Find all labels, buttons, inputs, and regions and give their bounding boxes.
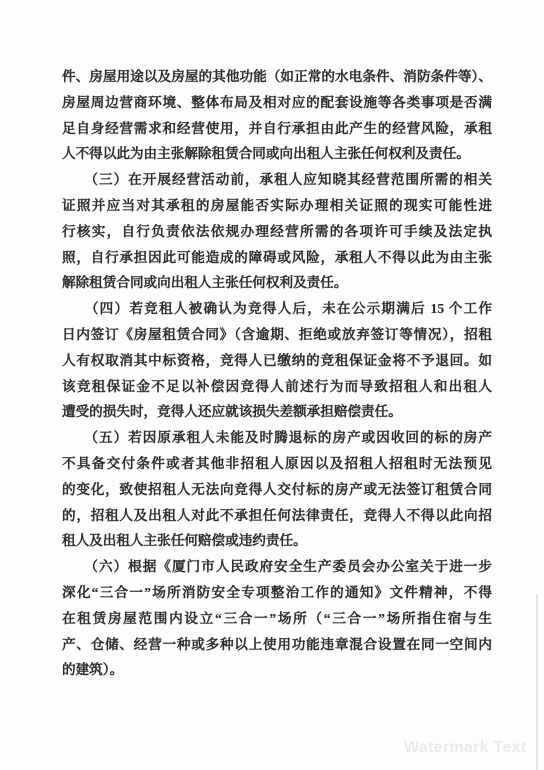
text-line: 租人及出租人主张任何赔偿或违约责任。 [62, 528, 492, 554]
text-line: 深化“三合一”场所消防安全专项整治工作的通知》文件精神，不得 [62, 580, 492, 606]
text-line: 的变化，致使招租人无法向竞得人交付标的房产或无法签订租赁合同 [62, 477, 492, 503]
text-line: 的，招租人及出租人对此不承担任何法律责任，竞得人不得以此向招 [62, 503, 492, 529]
text-line: （五）若因原承租人未能及时腾退标的房产或因收回的标的房产 [62, 425, 492, 451]
page-edge-line [536, 594, 538, 770]
text-line: 产、仓储、经营一种或多种以上使用功能违章混合设置在同一空间内 [62, 632, 492, 658]
text-line: 足自身经营需求和经营使用，并自行承担由此产生的经营风险，承租 [62, 116, 492, 142]
text-line: 该竞租保证金不足以补偿因竞得人前述行为而导致招租人和出租人 [62, 374, 492, 400]
text-line: （四）若竞租人被确认为竞得人后，未在公示期满后 15 个工作 [62, 296, 492, 322]
text-line: （六）根据《厦门市人民政府安全生产委员会办公室关于进一步 [62, 554, 492, 580]
text-line: （三）在开展经营活动前，承租人应知晓其经营范围所需的相关 [62, 167, 492, 193]
text-line: 日内签订《房屋租赁合同》（含逾期、拒绝或放弃签订等情况），招租 [62, 322, 492, 348]
text-line: 照，自行承担因此可能造成的障碍或风险，承租人不得以此为由主张 [62, 245, 492, 271]
text-line: 在租赁房屋范围内设立“三合一”场所（“三合一”场所指住宿与生 [62, 606, 492, 632]
text-line: 的建筑）。 [62, 657, 492, 683]
text-line: 遭受的损失时，竞得人还应就该损失差额承担赔偿责任。 [62, 399, 492, 425]
text-line: 人有权取消其中标资格，竞得人已缴纳的竞租保证金将不予退回。如 [62, 348, 492, 374]
document-page: 件、房屋用途以及房屋的其他功能（如正常的水电条件、消防条件等）、房屋周边营商环境… [0, 0, 544, 770]
text-line: 解除租赁合同或向出租人主张任何权利及责任。 [62, 270, 492, 296]
text-line: 行核实，自行负责依法依规办理经营所需的各项许可手续及法定执 [62, 219, 492, 245]
text-line: 不具备交付条件或者其他非招租人原因以及招租人招租时无法预见 [62, 451, 492, 477]
watermark: Watermark Text [404, 739, 526, 757]
text-line: 证照并应当对其承租的房屋能否实际办理相关证照的现实可能性进 [62, 193, 492, 219]
text-line: 件、房屋用途以及房屋的其他功能（如正常的水电条件、消防条件等）、 [62, 64, 492, 90]
document-body: 件、房屋用途以及房屋的其他功能（如正常的水电条件、消防条件等）、房屋周边营商环境… [62, 64, 492, 683]
text-line: 房屋周边营商环境、整体布局及相对应的配套设施等各类事项是否满 [62, 90, 492, 116]
text-line: 人不得以此为由主张解除租赁合同或向出租人主张任何权利及责任。 [62, 141, 492, 167]
